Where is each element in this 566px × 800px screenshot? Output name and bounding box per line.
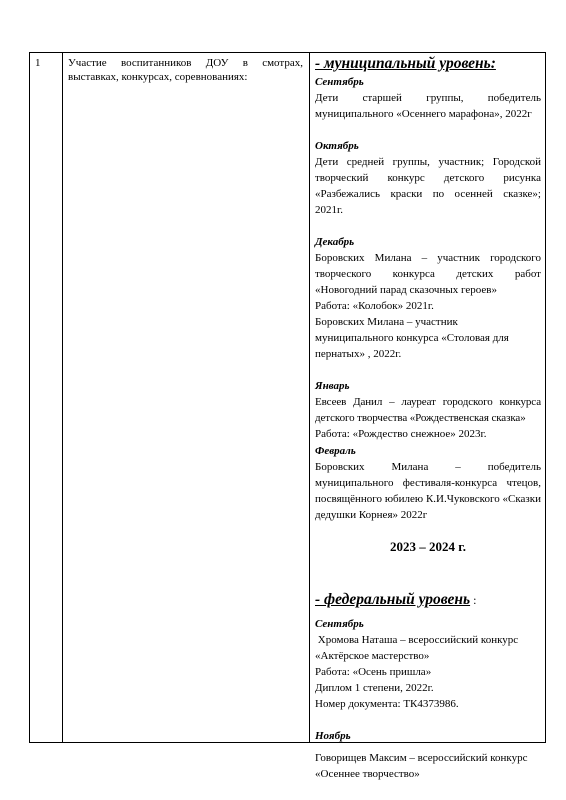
entry-federal-september: Сентябрь Хромова Наташа – всероссийский … — [315, 616, 541, 712]
entry-text: Работа: «Рождество снежное» 2023г. — [315, 426, 541, 442]
entry-federal-november: Ноябрь Говорищев Максим – всероссийский … — [315, 728, 541, 782]
federal-level-heading-colon: : — [470, 593, 476, 607]
row-number: 1 — [35, 57, 41, 69]
entry-text: пернатых» , 2022г. — [315, 346, 541, 362]
entry-text: Евсеев Данил – лауреат городского конкур… — [315, 394, 541, 426]
entry-text: Боровских Милана – победитель муниципаль… — [315, 459, 541, 523]
details-cell: - муниципальный уровень: Сентябрь Дети с… — [310, 53, 545, 742]
year-heading: 2023 – 2024 г. — [315, 539, 541, 555]
municipal-level-heading: - муниципальный уровень: — [315, 55, 541, 73]
month-label: Октябрь — [315, 138, 541, 154]
month-label: Сентябрь — [315, 616, 541, 632]
criterion-cell: Участие воспитанников ДОУ в смотрах, выс… — [63, 53, 310, 742]
entry-text: Работа: «Колобок» 2021г. — [315, 298, 541, 314]
federal-level-heading: - федеральный уровень — [315, 591, 470, 608]
entry-february: Февраль Боровских Милана – победитель му… — [315, 443, 541, 523]
entry-text: «Осеннее творчество» — [315, 766, 541, 782]
criterion-text: Участие воспитанников ДОУ в смотрах, выс… — [68, 56, 303, 84]
entry-text: Боровских Милана – участник — [315, 314, 541, 330]
entry-september: Сентябрь Дети старшей группы, победитель… — [315, 74, 541, 122]
federal-level-heading-row: - федеральный уровень : — [315, 591, 541, 609]
entry-january: Январь Евсеев Данил – лауреат городского… — [315, 378, 541, 442]
entry-december: Декабрь Боровских Милана – участник горо… — [315, 234, 541, 362]
entry-text: Боровских Милана – участник городского т… — [315, 250, 541, 298]
entry-text: Номер документа: ТК4373986. — [315, 696, 541, 712]
entry-text: Говорищев Максим – всероссийский конкурс — [315, 750, 541, 766]
month-label: Декабрь — [315, 234, 541, 250]
entry-october: Октябрь Дети средней группы, участник; Г… — [315, 138, 541, 218]
month-label: Сентябрь — [315, 74, 541, 90]
month-label: Ноябрь — [315, 728, 541, 744]
entry-text: Хромова Наташа – всероссийский конкурс — [315, 632, 541, 648]
achievements-table: 1 Участие воспитанников ДОУ в смотрах, в… — [29, 52, 546, 743]
entry-text: Диплом 1 степени, 2022г. — [315, 680, 541, 696]
entry-text: Дети средней группы, участник; Городской… — [315, 154, 541, 218]
entry-text: Работа: «Осень пришла» — [315, 664, 541, 680]
month-label: Январь — [315, 378, 541, 394]
entry-text: Дети старшей группы, победитель муниципа… — [315, 90, 541, 122]
entry-text: «Актёрское мастерство» — [315, 648, 541, 664]
entry-text: муниципального конкурса «Столовая для — [315, 330, 541, 346]
month-label: Февраль — [315, 443, 541, 459]
row-number-cell: 1 — [30, 53, 63, 742]
